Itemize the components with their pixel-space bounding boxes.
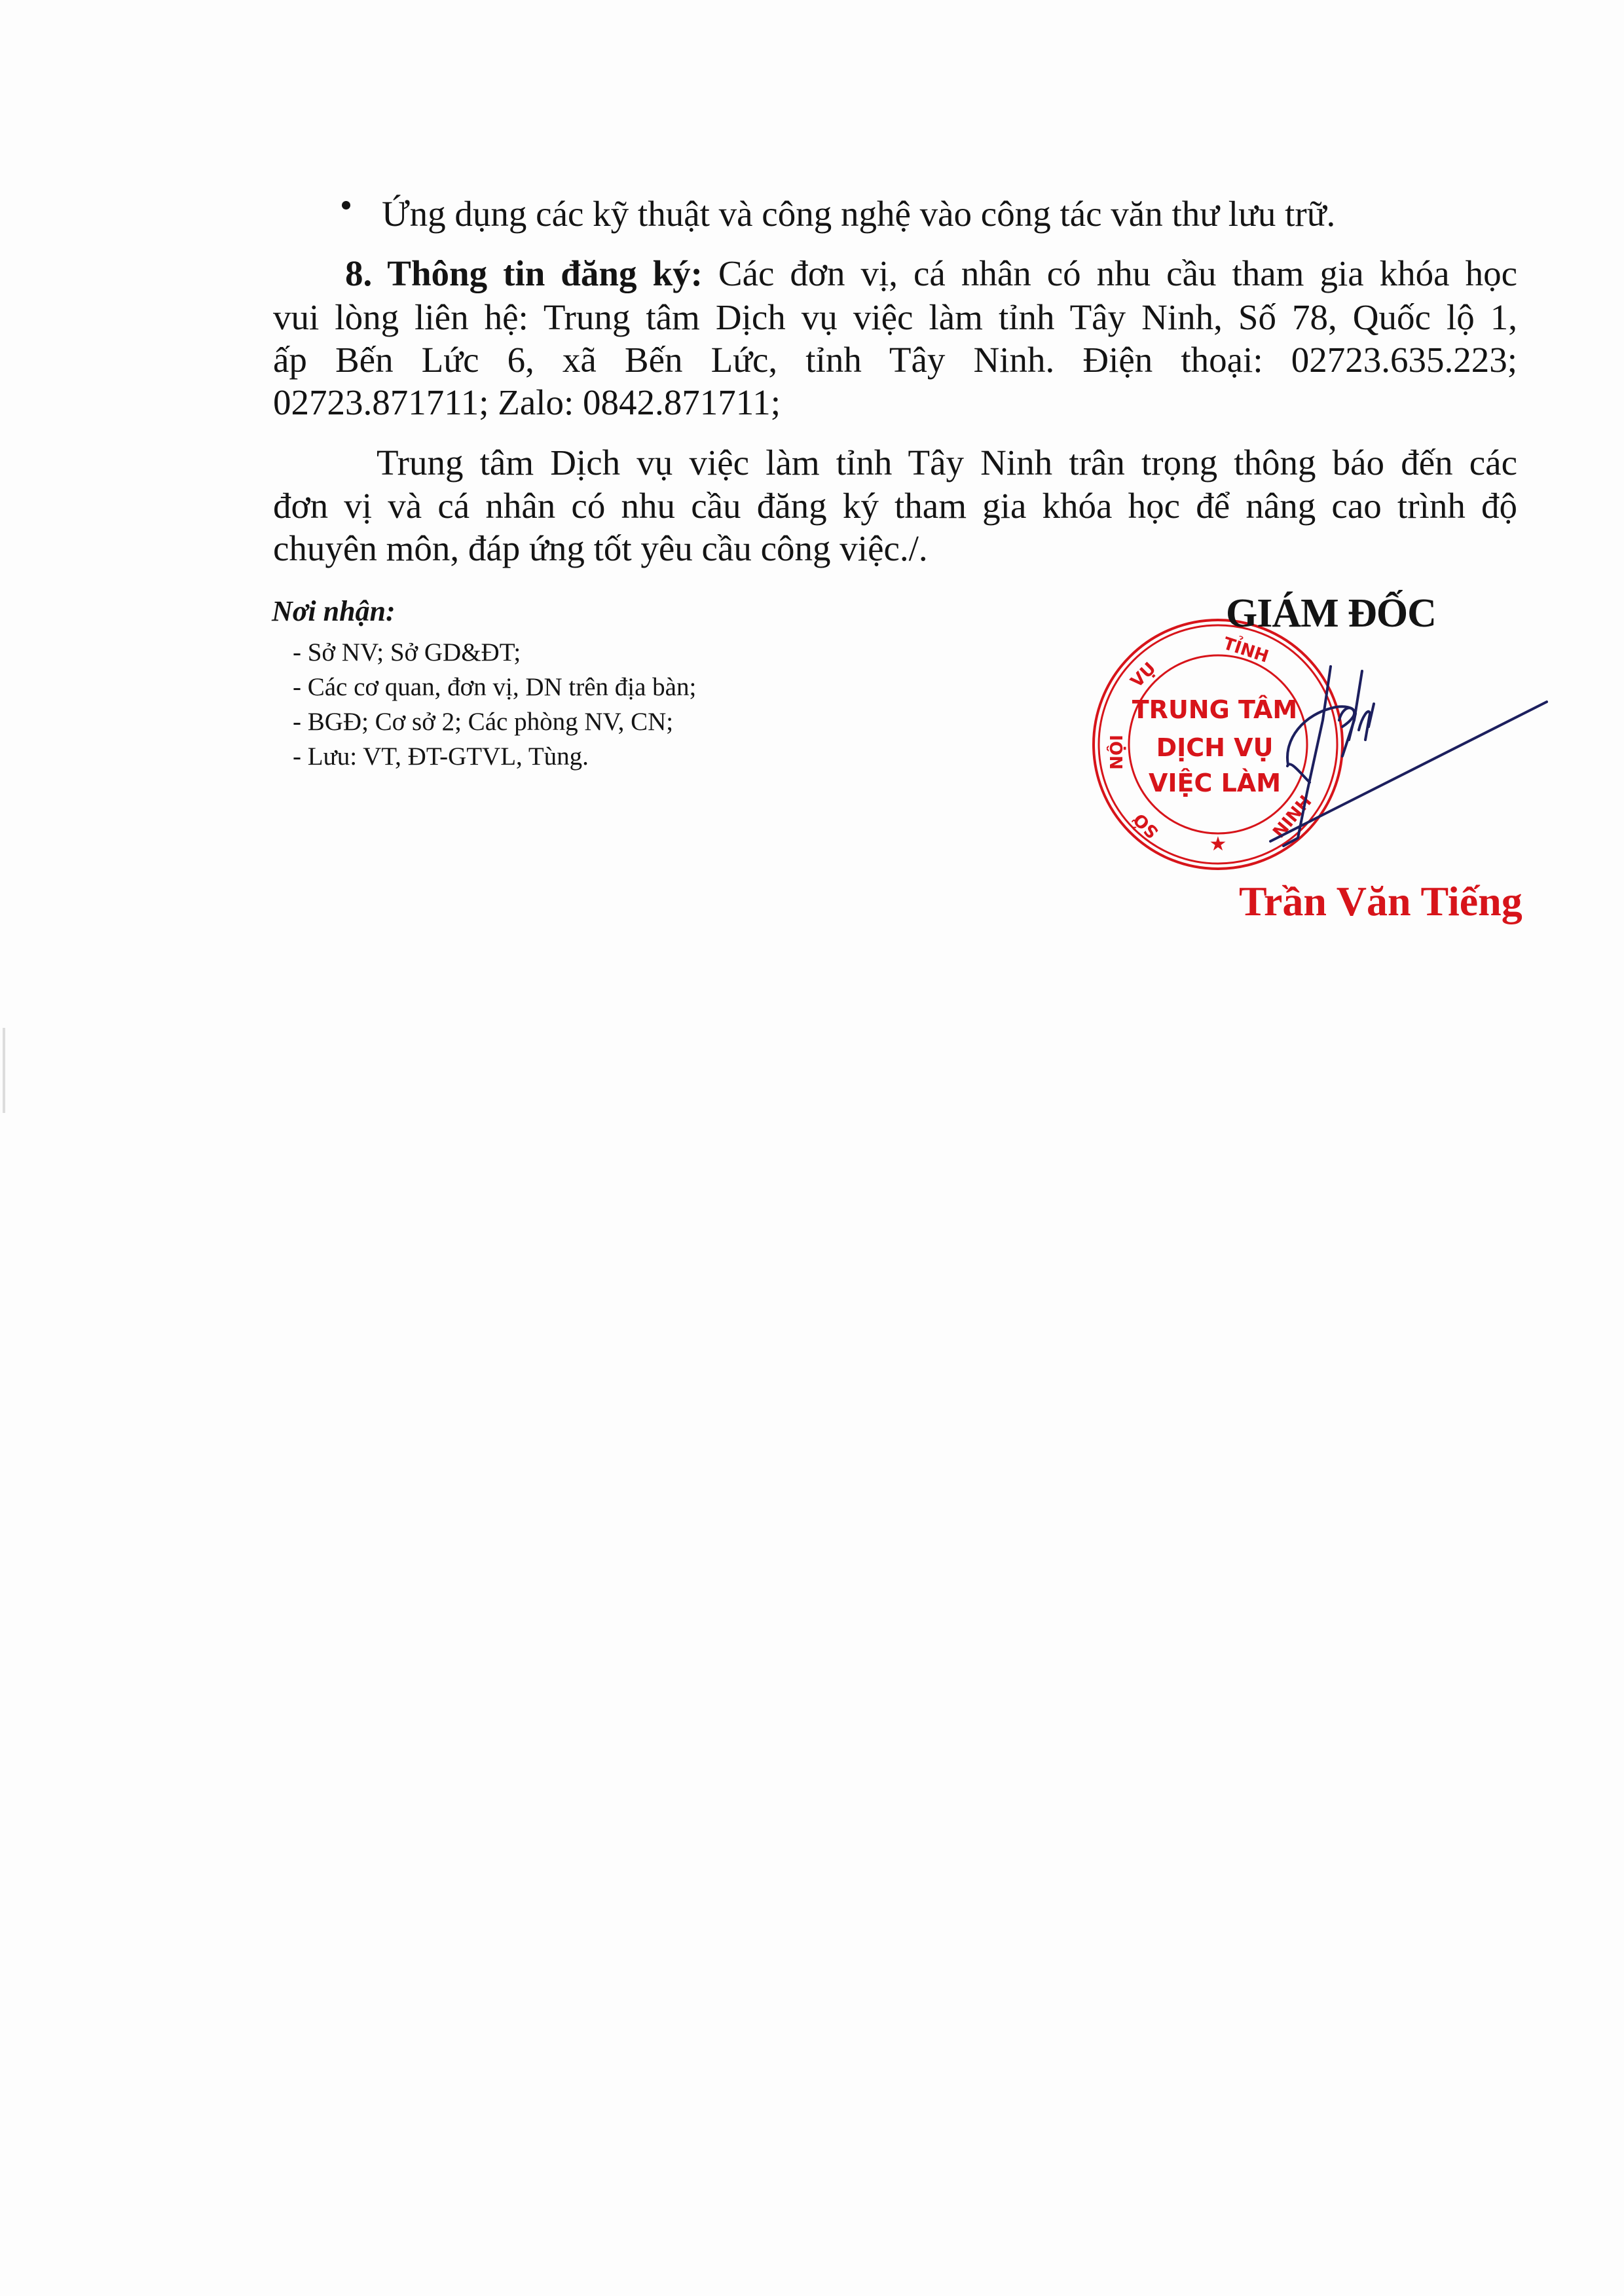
bullet-icon — [342, 201, 350, 210]
bullet-item: Ứng dụng các kỹ thuật và công nghệ vào c… — [382, 192, 1335, 236]
section8-line-3: ấp Bến Lức 6, xã Bến Lức, tỉnh Tây Ninh.… — [273, 338, 1517, 382]
recipient-item: - Các cơ quan, đơn vị, DN trên địa bàn; — [293, 670, 696, 704]
section8-heading: 8. Thông tin đăng ký: — [345, 253, 703, 293]
section8-line-4: 02723.871711; Zalo: 0842.871711; — [273, 381, 1517, 424]
stamp-ring-text-top-left: VỤ — [1127, 659, 1160, 691]
closing-line-1: Trung tâm Dịch vụ việc làm tỉnh Tây Ninh… — [377, 441, 1517, 484]
signer-name: Trần Văn Tiếng — [1239, 877, 1522, 926]
closing-line-3: chuyên môn, đáp ứng tốt yêu cầu công việ… — [273, 527, 1517, 570]
stamp-ring-text-left: NỘI — [1106, 735, 1127, 770]
recipient-item: - Lưu: VT, ĐT-GTVL, Tùng. — [293, 739, 589, 774]
section8-line-1: 8. Thông tin đăng ký: Các đơn vị, cá nhâ… — [345, 252, 1517, 295]
signatory-title: GIÁM ĐỐC — [1226, 591, 1436, 636]
scan-artifact — [3, 1028, 5, 1113]
recipient-item: - BGĐ; Cơ sở 2; Các phòng NV, CN; — [293, 704, 673, 739]
recipients-title: Nơi nhận: — [272, 593, 396, 630]
closing-line-2: đơn vị và cá nhân có nhu cầu đăng ký tha… — [273, 484, 1517, 528]
recipient-item: - Sở NV; Sở GD&ĐT; — [293, 635, 521, 670]
stamp-star-icon: ★ — [1209, 833, 1227, 856]
section8-text: Các đơn vị, cá nhân có nhu cầu tham gia … — [703, 253, 1517, 293]
handwritten-signature — [1244, 642, 1572, 877]
section8-line-2: vui lòng liên hệ: Trung tâm Dịch vụ việc… — [273, 296, 1517, 339]
